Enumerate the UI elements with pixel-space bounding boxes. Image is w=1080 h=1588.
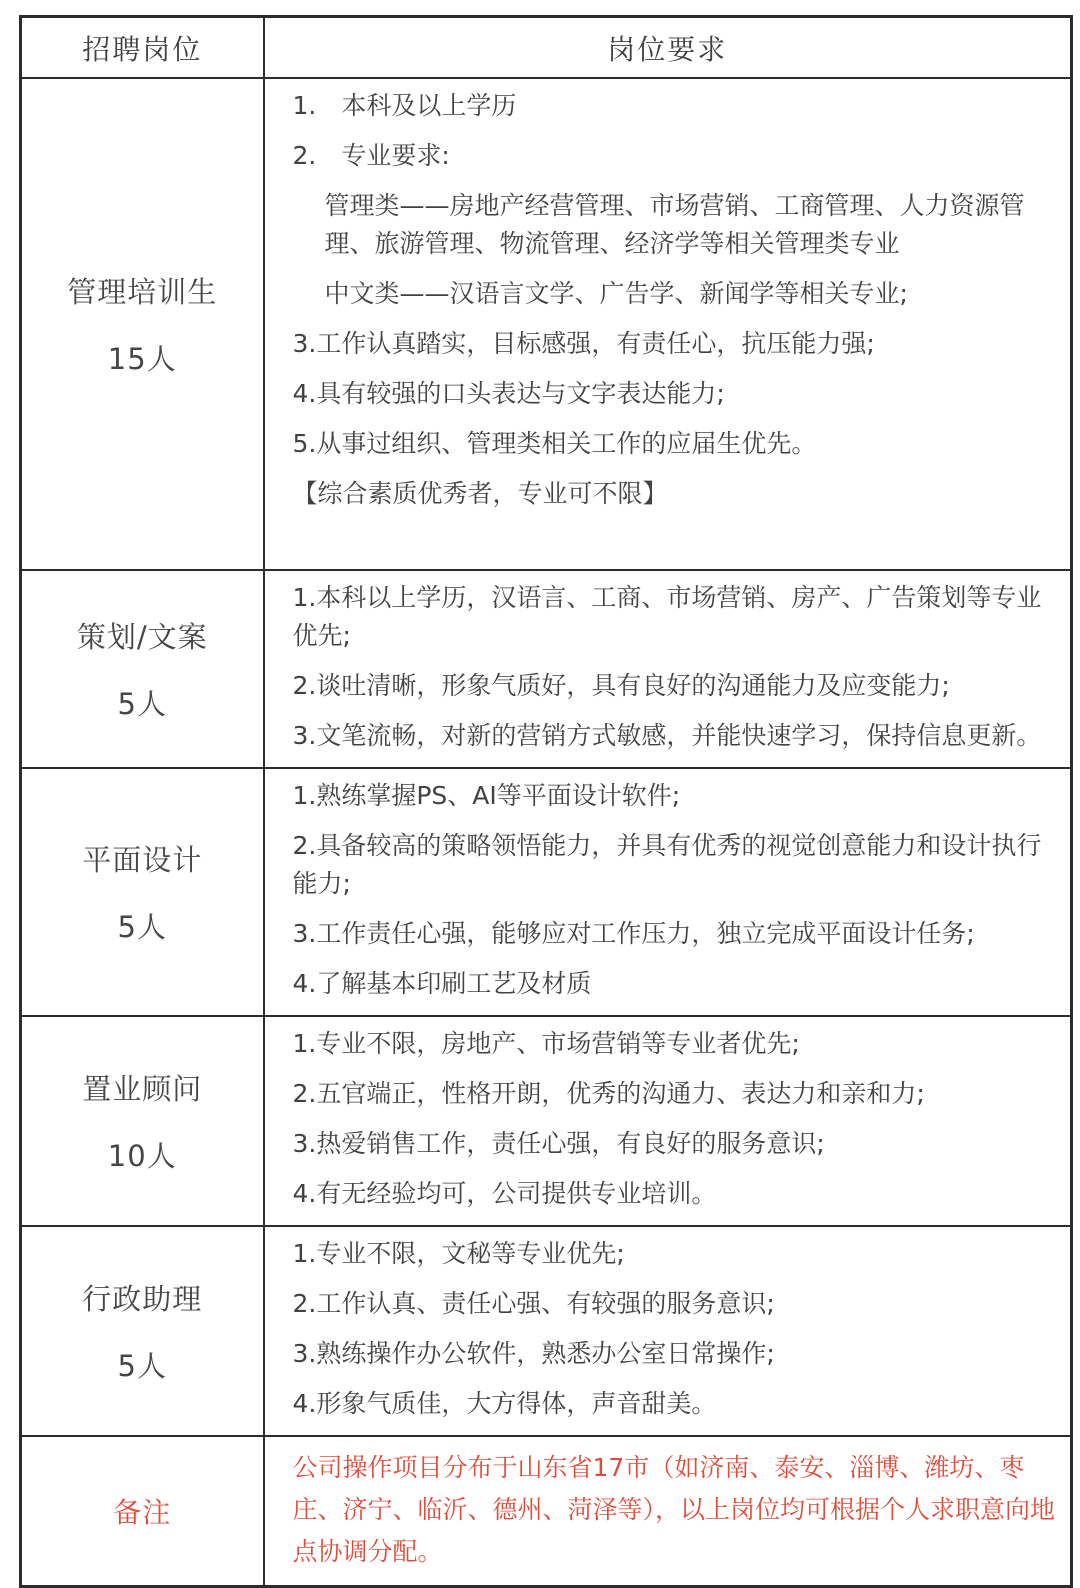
requirement-item: 中文类——汉语言文学、广告学、新闻学等相关专业; [325,275,1057,313]
row-admin-assistant: 行政助理 5人 1.专业不限，文秘等专业优先; 2.工作认真、责任心强、有较强的… [21,1226,1072,1436]
position-cell: 行政助理 5人 [21,1226,264,1436]
row-graphic-design: 平面设计 5人 1.熟练掌握PS、AI等平面设计软件; 2.具备较高的策略领悟能… [21,768,1072,1016]
column-header-requirements: 岗位要求 [264,17,1072,79]
column-header-position: 招聘岗位 [21,17,264,79]
position-name: 策划/文案 [23,615,262,656]
position-count: 10人 [23,1134,262,1175]
recruitment-table-wrap: 招聘岗位 岗位要求 管理培训生 15人 1. 本科及以上学历 2. 专业要求: … [19,15,1073,1588]
requirement-item: 3.工作认真踏实，目标感强，有责任心，抗压能力强; [293,325,1057,363]
requirements-cell: 1. 本科及以上学历 2. 专业要求: 管理类——房地产经营管理、市场营销、工商… [264,78,1072,570]
requirement-item: 4.形象气质佳，大方得体，声音甜美。 [293,1385,1057,1423]
requirement-item: 3.热爱销售工作，责任心强，有良好的服务意识; [293,1125,1057,1163]
position-count: 5人 [23,682,262,723]
remarks-label-cell: 备注 [21,1436,264,1587]
position-cell: 平面设计 5人 [21,768,264,1016]
requirement-item: 1. 本科及以上学历 [293,87,1057,125]
requirement-item: 2.具备较高的策略领悟能力，并具有优秀的视觉创意能力和设计执行能力; [293,827,1057,903]
remarks-label: 备注 [23,1491,262,1531]
requirements-cell: 1.专业不限，文秘等专业优先; 2.工作认真、责任心强、有较强的服务意识; 3.… [264,1226,1072,1436]
requirement-item: 管理类——房地产经营管理、市场营销、工商管理、人力资源管理、旅游管理、物流管理、… [325,187,1057,263]
position-count: 15人 [23,337,262,378]
row-property-consultant: 置业顾问 10人 1.专业不限，房地产、市场营销等专业者优先; 2.五官端正，性… [21,1016,1072,1226]
requirements-cell: 1.熟练掌握PS、AI等平面设计软件; 2.具备较高的策略领悟能力，并具有优秀的… [264,768,1072,1016]
remarks-text: 公司操作项目分布于山东省17市（如济南、泰安、淄博、潍坊、枣庄、济宁、临沂、德州… [293,1447,1057,1573]
requirement-item: 3.熟练操作办公软件，熟悉办公室日常操作; [293,1335,1057,1373]
position-count: 5人 [23,905,262,946]
row-remarks: 备注 公司操作项目分布于山东省17市（如济南、泰安、淄博、潍坊、枣庄、济宁、临沂… [21,1436,1072,1587]
position-cell: 置业顾问 10人 [21,1016,264,1226]
position-name: 置业顾问 [23,1067,262,1108]
requirement-item: 1.专业不限，文秘等专业优先; [293,1235,1057,1273]
requirements-cell: 1.本科以上学历，汉语言、工商、市场营销、房产、广告策划等专业优先; 2.谈吐清… [264,570,1072,768]
requirement-item: 4.具有较强的口头表达与文字表达能力; [293,375,1057,413]
requirement-item: 【综合素质优秀者，专业可不限】 [293,475,1057,513]
table-header-row: 招聘岗位 岗位要求 [21,17,1072,79]
position-name: 平面设计 [23,838,262,879]
requirement-item: 1.专业不限，房地产、市场营销等专业者优先; [293,1025,1057,1063]
requirement-item: 1.本科以上学历，汉语言、工商、市场营销、房产、广告策划等专业优先; [293,579,1057,655]
recruitment-table: 招聘岗位 岗位要求 管理培训生 15人 1. 本科及以上学历 2. 专业要求: … [19,15,1073,1588]
requirement-item: 2. 专业要求: [293,137,1057,175]
requirement-item: 2.工作认真、责任心强、有较强的服务意识; [293,1285,1057,1323]
row-planning-copywriting: 策划/文案 5人 1.本科以上学历，汉语言、工商、市场营销、房产、广告策划等专业… [21,570,1072,768]
position-name: 管理培训生 [23,270,262,311]
page: 招聘岗位 岗位要求 管理培训生 15人 1. 本科及以上学历 2. 专业要求: … [0,0,1080,1563]
requirements-cell: 1.专业不限，房地产、市场营销等专业者优先; 2.五官端正，性格开朗，优秀的沟通… [264,1016,1072,1226]
requirement-item: 3.文笔流畅，对新的营销方式敏感，并能快速学习，保持信息更新。 [293,717,1057,755]
requirement-item: 2.五官端正，性格开朗，优秀的沟通力、表达力和亲和力; [293,1075,1057,1113]
requirement-item: 4.有无经验均可，公司提供专业培训。 [293,1175,1057,1213]
position-cell: 策划/文案 5人 [21,570,264,768]
requirement-item: 2.谈吐清晰，形象气质好，具有良好的沟通能力及应变能力; [293,667,1057,705]
requirement-item: 3.工作责任心强，能够应对工作压力，独立完成平面设计任务; [293,915,1057,953]
position-count: 5人 [23,1344,262,1385]
requirement-item: 5.从事过组织、管理类相关工作的应届生优先。 [293,425,1057,463]
requirement-item: 1.熟练掌握PS、AI等平面设计软件; [293,777,1057,815]
requirement-item: 4.了解基本印刷工艺及材质 [293,965,1057,1003]
position-cell: 管理培训生 15人 [21,78,264,570]
position-name: 行政助理 [23,1277,262,1318]
remarks-cell: 公司操作项目分布于山东省17市（如济南、泰安、淄博、潍坊、枣庄、济宁、临沂、德州… [264,1436,1072,1587]
row-management-trainee: 管理培训生 15人 1. 本科及以上学历 2. 专业要求: 管理类——房地产经营… [21,78,1072,570]
